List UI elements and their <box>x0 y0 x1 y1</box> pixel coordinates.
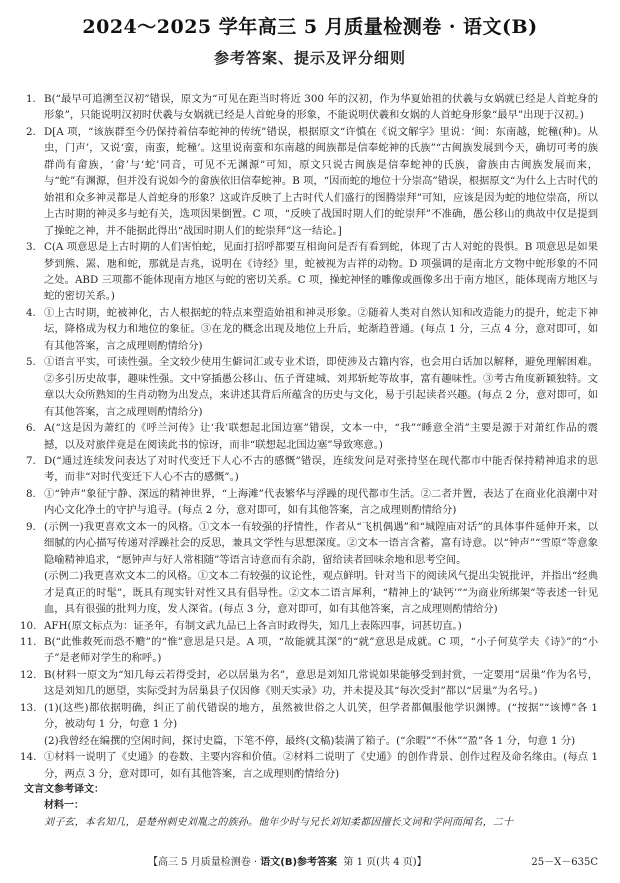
footer-bracket-right: 】 <box>417 857 427 868</box>
answer-list: 1.B(“最早可追溯至汉初”错误，原文为“可见在距当时将近 300 年的汉初，作… <box>26 91 598 831</box>
answer-item-2: 2.D[A 项，“该族群至今仍保持着信奉蛇神的传统”错误，根据原文“许慎在《说文… <box>26 124 598 239</box>
footer-page-info: 第 1 页(共 4 页) <box>343 857 416 868</box>
answer-text-example-2: (示例二)我更喜欢文本二的风格。①文本二有较强的议论性，观点鲜明。针对当下的阅读… <box>44 568 598 617</box>
answer-text: B(材料一原文为“知几每云若得受封，必以居巢为名”，意思是刘知几常说如果能够受到… <box>44 669 598 697</box>
answer-number: 6. <box>26 420 36 436</box>
answer-number: 5. <box>26 354 36 370</box>
answer-item-8: 8.①“钟声”象征宁静、深远的精神世界，“上海滩”代表繁华与浮躁的现代都市生活。… <box>26 486 598 519</box>
answer-number: 2. <box>26 124 36 140</box>
answer-number: 8. <box>26 486 36 502</box>
answer-text: ①上古时期，蛇被神化，古人根据蛇的特点来塑造始祖和神灵形象。②随着人类对自然认知… <box>44 307 598 352</box>
answer-number: 9. <box>26 519 36 535</box>
answer-text: C(A 项意思是上古时期的人们害怕蛇，见面打招呼都要互相询问是否有看到蛇，体现了… <box>44 241 598 302</box>
answer-text: ①“钟声”象征宁静、深远的精神世界，“上海滩”代表繁华与浮躁的现代都市生活。②二… <box>44 488 598 516</box>
material-one-title: 材料一： <box>26 798 598 814</box>
answer-number: 14. <box>20 749 36 765</box>
answer-item-6: 6.A(“这是因为萧红的《呼兰河传》让‘我’联想起北国边塞”错误，文本一中，“我… <box>26 420 598 453</box>
answer-item-3: 3.C(A 项意思是上古时期的人们害怕蛇，见面打招呼都要互相询问是否有看到蛇，体… <box>26 239 598 305</box>
answer-item-9: 9. (示例一)我更喜欢文本一的风格。①文本一有较强的抒情性，作者从“飞机偶遇”… <box>26 519 598 618</box>
answer-number: 13. <box>20 700 36 716</box>
answer-item-4: 4.①上古时期，蛇被神化，古人根据蛇的特点来塑造始祖和神灵形象。②随着人类对自然… <box>26 305 598 354</box>
answer-text: ①语言平实，可读性强。全文较少使用生僻词汇或专业术语，即使涉及古籍内容，也会用白… <box>44 356 598 417</box>
answer-text-part-1: (1)(这些)都依据明确，纠正了前代错误的地方，虽然被世俗之人讥笑，但学者都佩服… <box>44 700 598 733</box>
answer-item-12: 12.B(材料一原文为“知几每云若得受封，必以居巢为名”，意思是刘知几常说如果能… <box>26 667 598 700</box>
answer-text: AFH(原文标点为：证圣年，有制文武九品已上各言时政得失，知几上表陈四事，词甚切… <box>44 620 462 632</box>
footer-doc-info: 【高三 5 月质量检测卷 · 语文(B)参考答案 第 1 页(共 4 页)】 <box>148 853 427 868</box>
answer-text: D(“通过连续发问表达了对时代变迁下人心不古的感慨”错误，连续发问是对张持坚在现… <box>44 455 598 483</box>
footer-doc-code: 25－X－635C <box>531 853 598 868</box>
page-title: 2024～2025 学年高三 5 月质量检测卷 · 语文(B) <box>0 12 620 39</box>
answer-text-part-2: (2)我曾经在编撰的空闲时间，探讨史篇，下笔不停，最终(文稿)装满了箱子。(“余… <box>44 733 598 749</box>
answer-text: B(“最早可追溯至汉初”错误，原文为“可见在距当时将近 300 年的汉初，作为华… <box>44 93 598 121</box>
answer-item-13: 13. (1)(这些)都依据明确，纠正了前代错误的地方，虽然被世俗之人讥笑，但学… <box>26 700 598 749</box>
answer-item-11: 11.B(“此惟救死而恐不赡”的“惟”意思是只是。A 项，“故能就其深”的“就”… <box>26 634 598 667</box>
answer-item-10: 10.AFH(原文标点为：证圣年，有制文武九品已上各言时政得失，知几上表陈四事，… <box>26 618 598 634</box>
answer-number: 1. <box>26 91 36 107</box>
answer-text: ①材料一说明了《史通》的卷数、主要内容和价值。②材料二说明了《史通》的创作背景、… <box>44 751 598 779</box>
answer-number: 3. <box>26 239 36 255</box>
footer-bracket-left: 【 <box>148 857 158 868</box>
answer-item-7: 7.D(“通过连续发问表达了对时代变迁下人心不古的感慨”错误，连续发问是对张持坚… <box>26 453 598 486</box>
answer-number: 11. <box>20 634 36 650</box>
answer-text: D[A 项，“该族群至今仍保持着信奉蛇神的传统”错误，根据原文“许慎在《说文解字… <box>44 126 598 237</box>
footer-doc-name-bold: 语文(B)参考答案 <box>260 857 337 868</box>
page-subtitle: 参考答案、提示及评分细则 <box>0 47 620 68</box>
answer-item-1: 1.B(“最早可追溯至汉初”错误，原文为“可见在距当时将近 300 年的汉初，作… <box>26 91 598 124</box>
translation-section-title: 文言文参考译文： <box>24 782 598 798</box>
answer-item-5: 5.①语言平实，可读性强。全文较少使用生僻词汇或专业术语，即使涉及古籍内容，也会… <box>26 354 598 420</box>
translation-text: 刘子玄，本名知几，是楚州刺史刘胤之的族孙。他年少时与兄长刘知柔都因擅长文词和学问… <box>26 815 598 831</box>
answer-number: 4. <box>26 305 36 321</box>
answer-text: B(“此惟救死而恐不赡”的“惟”意思是只是。A 项，“故能就其深”的“就”意思是… <box>44 636 598 664</box>
answer-text-example-1: (示例一)我更喜欢文本一的风格。①文本一有较强的抒情性，作者从“飞机偶遇”和“城… <box>44 519 598 568</box>
page-footer: 【高三 5 月质量检测卷 · 语文(B)参考答案 第 1 页(共 4 页)】 2… <box>0 853 620 869</box>
answer-text: A(“这是因为萧红的《呼兰河传》让‘我’联想起北国边塞”错误，文本一中，“我”“… <box>44 422 598 450</box>
answer-number: 10. <box>20 618 36 634</box>
answer-number: 12. <box>20 667 36 683</box>
answer-item-14: 14.①材料一说明了《史通》的卷数、主要内容和价值。②材料二说明了《史通》的创作… <box>26 749 598 782</box>
footer-doc-name: 高三 5 月质量检测卷 · <box>158 857 260 868</box>
answer-number: 7. <box>26 453 36 469</box>
